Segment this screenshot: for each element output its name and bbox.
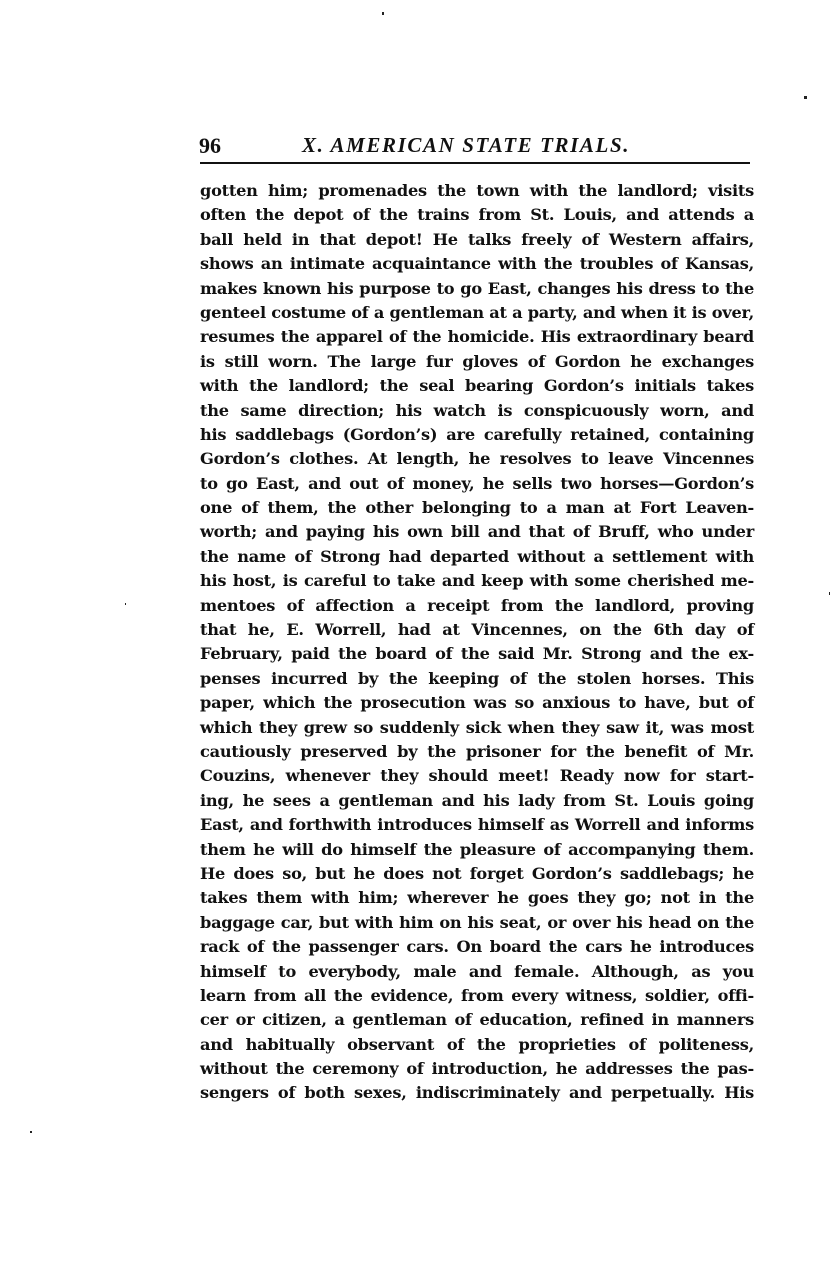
text-line: baggage car, but with him on his seat, o… xyxy=(200,911,754,935)
text-line: ing, he sees a gentleman and his lady fr… xyxy=(200,789,754,813)
text-line: which they grew so suddenly sick when th… xyxy=(200,716,754,740)
page-number: 96 xyxy=(199,133,221,159)
text-line: sengers of both sexes, indiscriminately … xyxy=(200,1081,754,1105)
text-line: genteel costume of a gentleman at a part… xyxy=(200,301,754,325)
page-header: 96 X. AMERICAN STATE TRIALS. xyxy=(197,131,750,161)
text-line: February, paid the board of the said Mr.… xyxy=(200,642,754,666)
text-line: penses incurred by the keeping of the st… xyxy=(200,667,754,691)
body-text: gotten him; promenades the town with the… xyxy=(200,179,754,1106)
scan-speck xyxy=(382,12,384,15)
text-line: ball held in that depot! He talks freely… xyxy=(200,228,754,252)
text-line: that he, E. Worrell, had at Vincennes, o… xyxy=(200,618,754,642)
text-line: cautiously preserved by the prisoner for… xyxy=(200,740,754,764)
scan-speck xyxy=(125,603,126,605)
text-line: without the ceremony of introduction, he… xyxy=(200,1057,754,1081)
scanned-book-page: 96 X. AMERICAN STATE TRIALS. gotten him;… xyxy=(0,0,836,1284)
scan-speck xyxy=(804,96,807,99)
text-line: himself to everybody, male and female. A… xyxy=(200,960,754,984)
text-line: with the landlord; the seal bearing Gord… xyxy=(200,374,754,398)
scan-speck xyxy=(829,592,830,595)
text-line: He does so, but he does not forget Gordo… xyxy=(200,862,754,886)
text-line: one of them, the other belonging to a ma… xyxy=(200,496,754,520)
running-head-title: X. AMERICAN STATE TRIALS. xyxy=(302,133,630,158)
text-line: East, and forthwith introduces himself a… xyxy=(200,813,754,837)
text-line: shows an intimate acquaintance with the … xyxy=(200,252,754,276)
text-line: often the depot of the trains from St. L… xyxy=(200,203,754,227)
text-line: learn from all the evidence, from every … xyxy=(200,984,754,1008)
text-line: makes known his purpose to go East, chan… xyxy=(200,277,754,301)
text-line: gotten him; promenades the town with the… xyxy=(200,179,754,203)
text-line: cer or citizen, a gentleman of education… xyxy=(200,1008,754,1032)
text-line: his saddlebags (Gordon’s) are carefully … xyxy=(200,423,754,447)
text-line: Gordon’s clothes. At length, he resolves… xyxy=(200,447,754,471)
text-line: mentoes of affection a receipt from the … xyxy=(200,594,754,618)
text-line: them he will do himself the pleasure of … xyxy=(200,838,754,862)
text-line: worth; and paying his own bill and that … xyxy=(200,520,754,544)
text-line: the same direction; his watch is conspic… xyxy=(200,399,754,423)
text-line: his host, is careful to take and keep wi… xyxy=(200,569,754,593)
text-line: takes them with him; wherever he goes th… xyxy=(200,886,754,910)
text-line: is still worn. The large fur gloves of G… xyxy=(200,350,754,374)
text-line: Couzins, whenever they should meet! Read… xyxy=(200,764,754,788)
text-line: and habitually observant of the propriet… xyxy=(200,1033,754,1057)
text-line: paper, which the prosecution was so anxi… xyxy=(200,691,754,715)
text-line: rack of the passenger cars. On board the… xyxy=(200,935,754,959)
text-line: resumes the apparel of the homicide. His… xyxy=(200,325,754,349)
header-rule xyxy=(200,162,750,164)
scan-speck xyxy=(30,1131,32,1133)
text-line: the name of Strong had departed without … xyxy=(200,545,754,569)
text-line: to go East, and out of money, he sells t… xyxy=(200,472,754,496)
